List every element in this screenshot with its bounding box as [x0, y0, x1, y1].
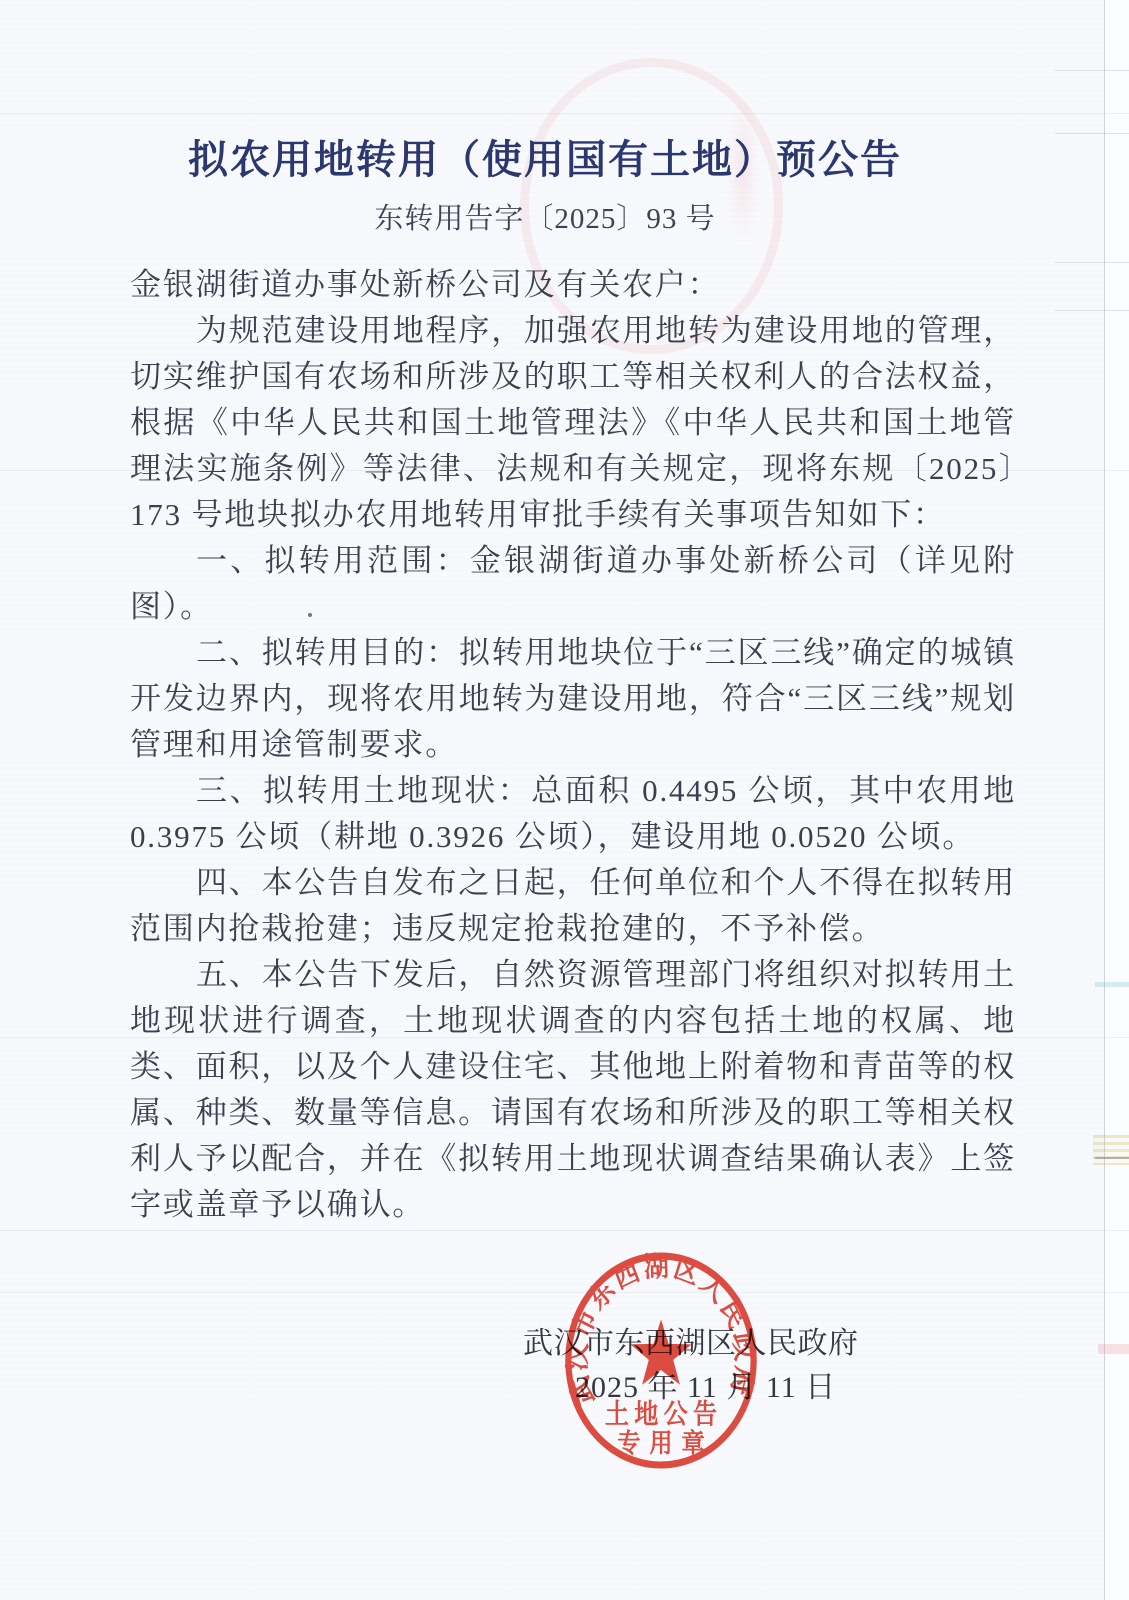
- scan-color-smudge: [1095, 982, 1129, 987]
- scan-tick-artifact: [1055, 262, 1129, 263]
- paragraph-item-5: 五、本公告下发后，自然资源管理部门将组织对拟转用土地现状进行调查，土地现状调查的…: [130, 952, 1016, 1228]
- seal-star-icon: [631, 1319, 692, 1384]
- document-page: 拟农用地转用（使用国有土地）预公告 东转用告字〔2025〕93 号 金银湖街道办…: [0, 0, 1129, 1600]
- scan-color-smudge: [1098, 1344, 1129, 1354]
- document-number: 东转用告字〔2025〕93 号: [80, 200, 1010, 238]
- seal-text-line2: 专用章: [617, 1428, 713, 1459]
- paragraph-item-3: 三、拟转用土地现状：总面积 0.4495 公顷，其中农用地 0.3975 公顷（…: [130, 768, 1016, 860]
- scan-tick-artifact: [1055, 310, 1129, 311]
- scan-line-artifact: [0, 1037, 1129, 1038]
- scan-color-smudge: [1093, 1135, 1129, 1165]
- document-title: 拟农用地转用（使用国有土地）预公告: [80, 134, 1010, 186]
- paragraph-item-4: 四、本公告自发布之日起，任何单位和个人不得在拟转用范围内抢栽抢建；违反规定抢栽抢…: [130, 860, 1016, 952]
- scan-line-artifact: [0, 113, 1129, 114]
- seal-text-line1: 土地公告: [605, 1398, 723, 1429]
- paragraph-intro: 为规范建设用地程序，加强农用地转为建设用地的管理，切实维护国有农场和所涉及的职工…: [130, 308, 1016, 538]
- paragraph-item-2: 二、拟转用目的：拟转用地块位于“三区三线”确定的城镇开发边界内，现将农用地转为建…: [130, 630, 1016, 768]
- official-seal-stamp: 武汉市东西湖区人民政府 土地公告 专用章: [563, 1250, 759, 1471]
- document-body: 金银湖街道办事处新桥公司及有关农户： 为规范建设用地程序，加强农用地转为建设用地…: [130, 262, 1016, 1228]
- scan-line-artifact: [0, 470, 1129, 471]
- scan-dot-artifact: [308, 613, 312, 617]
- scan-color-smudge: [1095, 1157, 1129, 1159]
- salutation-line: 金银湖街道办事处新桥公司及有关农户：: [130, 262, 1016, 308]
- paragraph-item-1: 一、拟转用范围：金银湖街道办事处新桥公司（详见附图）。: [130, 538, 1016, 630]
- scan-tick-artifact: [1055, 70, 1129, 71]
- scan-tick-artifact: [1055, 133, 1129, 134]
- document-header: 拟农用地转用（使用国有土地）预公告 东转用告字〔2025〕93 号: [80, 0, 1010, 90]
- scan-line-artifact: [0, 1230, 1129, 1231]
- scan-line-artifact: [0, 1292, 1129, 1293]
- scan-edge-strip: [1104, 0, 1129, 1600]
